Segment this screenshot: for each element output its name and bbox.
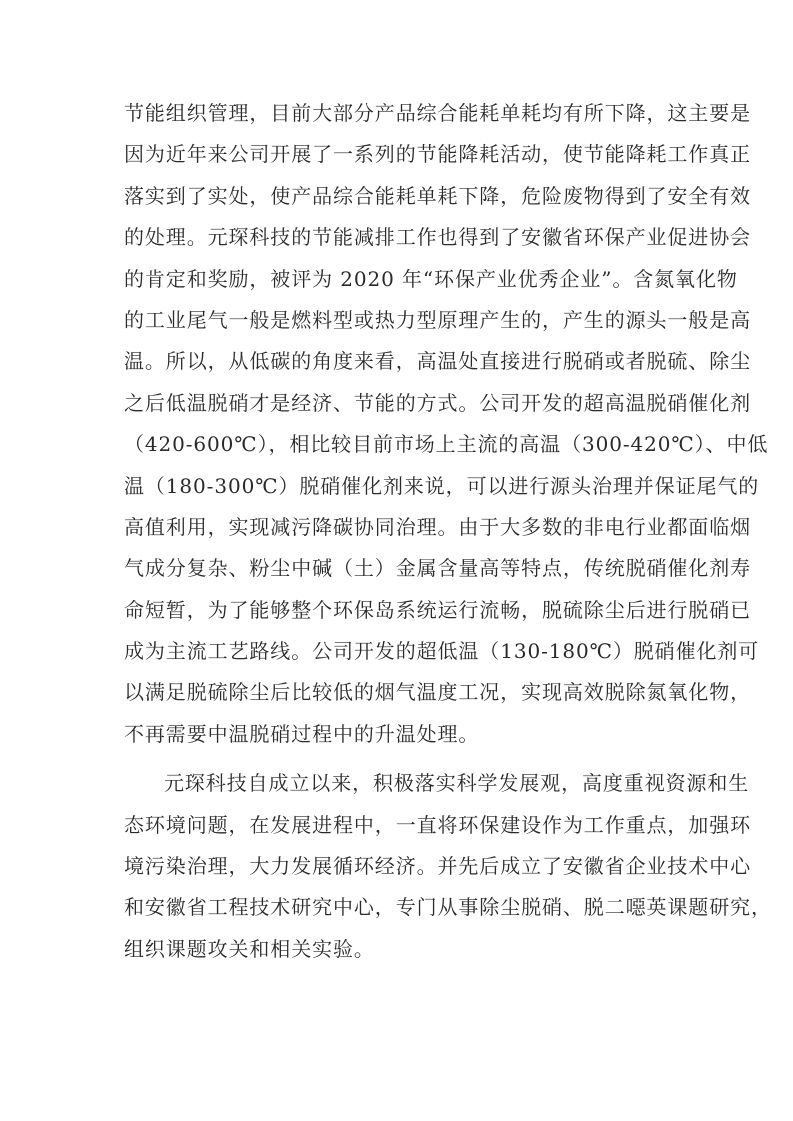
text-line: 温（180-300℃）脱硝催化剂来说，可以进行源头治理并保证尾气的 (124, 471, 676, 512)
text-line: 和安徽省工程技术研究中心，专门从事除尘脱硝、脱二噁英课题研究， (124, 892, 676, 933)
text-line: 的肯定和奖励，被评为 2020 年“环保产业优秀企业”。含氮氧化物 (124, 264, 676, 305)
text-line: 气成分复杂、粉尘中碱（土）金属含量高等特点，传统脱硝催化剂寿 (124, 553, 676, 594)
paragraph-2: 元琛科技自成立以来，积极落实科学发展观，高度重视资源和生 态环境问题，在发展进程… (124, 768, 676, 975)
text-line: （420-600℃），相比较目前市场上主流的高温（300-420℃）、中低 (124, 429, 676, 470)
text-line: 成为主流工艺路线。公司开发的超低温（130-180℃）脱硝催化剂可 (124, 636, 676, 677)
document-body: 节能组织管理，目前大部分产品综合能耗单耗均有所下降，这主要是 因为近年来公司开展… (124, 98, 676, 975)
text-line: 之后低温脱硝才是经济、节能的方式。公司开发的超高温脱硝催化剂 (124, 388, 676, 429)
paragraph-spacer (124, 760, 676, 768)
document-page: 节能组织管理，目前大部分产品综合能耗单耗均有所下降，这主要是 因为近年来公司开展… (0, 0, 793, 1121)
text-line: 以满足脱硫除尘后比较低的烟气温度工况，实现高效脱除氮氧化物， (124, 677, 676, 718)
text-line: 组织课题攻关和相关实验。 (124, 934, 676, 975)
text-line: 命短暂，为了能够整个环保岛系统运行流畅，脱硫除尘后进行脱硝已 (124, 595, 676, 636)
text-line: 境污染治理，大力发展循环经济。并先后成立了安徽省企业技术中心 (124, 851, 676, 892)
text-line: 落实到了实处，使产品综合能耗单耗下降，危险废物得到了安全有效 (124, 181, 676, 222)
text-line: 因为近年来公司开展了一系列的节能降耗活动，使节能降耗工作真正 (124, 139, 676, 180)
text-line: 的处理。元琛科技的节能减排工作也得到了安徽省环保产业促进协会 (124, 222, 676, 263)
paragraph-1: 节能组织管理，目前大部分产品综合能耗单耗均有所下降，这主要是 因为近年来公司开展… (124, 98, 676, 760)
text-line: 节能组织管理，目前大部分产品综合能耗单耗均有所下降，这主要是 (124, 98, 676, 139)
text-line: 元琛科技自成立以来，积极落实科学发展观，高度重视资源和生 (124, 768, 676, 809)
text-line: 不再需要中温脱硝过程中的升温处理。 (124, 719, 676, 760)
text-line: 温。所以，从低碳的角度来看，高温处直接进行脱硝或者脱硫、除尘 (124, 346, 676, 387)
text-line: 态环境问题，在发展进程中，一直将环保建设作为工作重点，加强环 (124, 810, 676, 851)
text-line: 的工业尾气一般是燃料型或热力型原理产生的，产生的源头一般是高 (124, 305, 676, 346)
text-line: 高值利用，实现减污降碳协同治理。由于大多数的非电行业都面临烟 (124, 512, 676, 553)
